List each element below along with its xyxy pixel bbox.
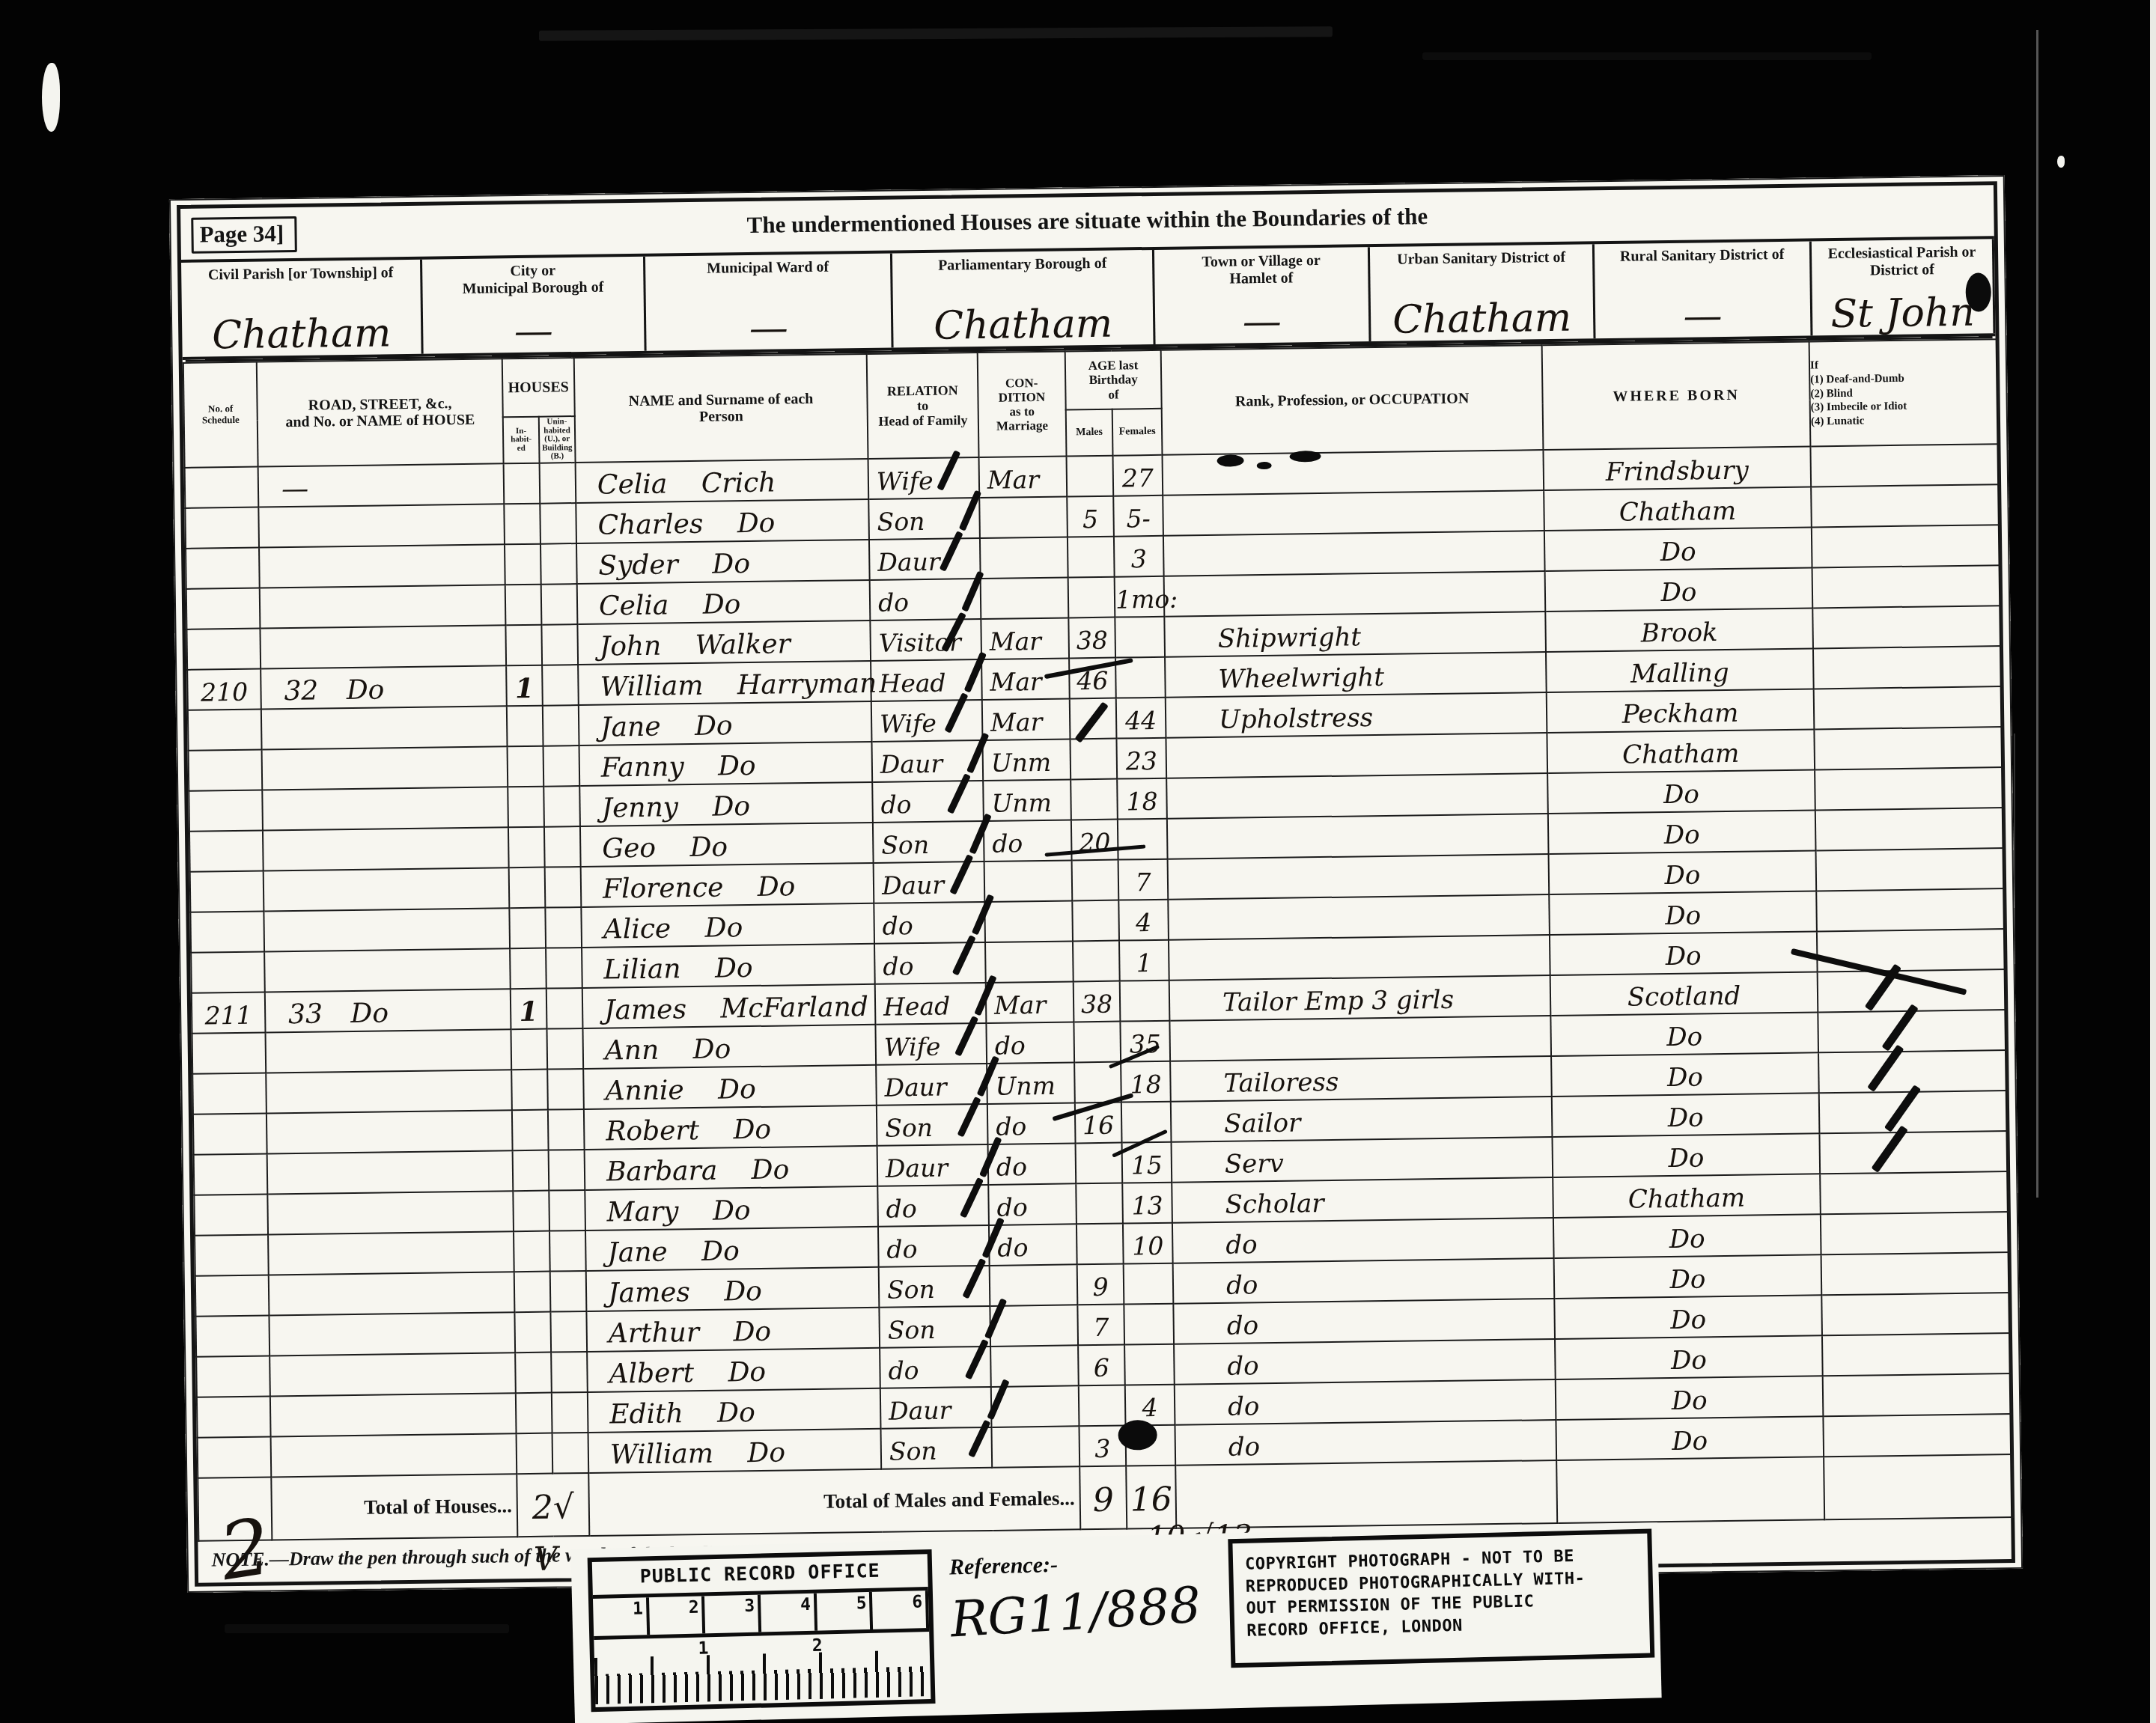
cell-infirmity xyxy=(1819,1131,2009,1174)
cell-occupation: do xyxy=(1173,1299,1555,1344)
district-cell: City or Municipal Borough of — xyxy=(422,257,647,354)
cell-occupation: Shipwright xyxy=(1164,612,1546,657)
cell-age-female xyxy=(1124,1304,1174,1345)
copyright-notice: COPYRIGHT PHOTOGRAPH - NOT TO BE REPRODU… xyxy=(1228,1528,1654,1668)
cell-age-male xyxy=(1068,577,1115,618)
cell-age-female: 4 xyxy=(1118,900,1169,941)
cell-infirmity xyxy=(1815,767,2004,810)
header-females: Females xyxy=(1112,409,1163,456)
totals-empty-infirmity xyxy=(1824,1454,2013,1519)
cell-age-female xyxy=(1121,1102,1172,1143)
cell-infirmity xyxy=(1810,444,2000,487)
cell-houses-inhabited xyxy=(515,1353,552,1394)
cell-age-male xyxy=(1068,537,1115,578)
cell-age-female xyxy=(1124,1263,1174,1305)
cell-age-female xyxy=(1115,617,1165,658)
header-inhabited: In- habit- ed xyxy=(503,417,540,464)
cell-person-name: Syder Do xyxy=(576,540,870,584)
cell-age-female: 5- xyxy=(1113,495,1163,537)
cell-age-female: 27 xyxy=(1113,455,1163,496)
cell-road-street xyxy=(263,827,509,870)
cell-condition xyxy=(984,900,1073,942)
header-relation: RELATION to Head of Family xyxy=(867,353,979,459)
cell-age-male: 7 xyxy=(1077,1305,1124,1346)
cell-relation: do xyxy=(878,1225,990,1267)
cell-infirmity xyxy=(1812,565,2002,608)
film-blemish xyxy=(2057,156,2065,168)
cell-age-female: 1 xyxy=(1119,940,1169,981)
district-handwritten-value: — xyxy=(646,308,892,350)
header-occupation: Rank, Profession, or OCCUPATION xyxy=(1161,345,1544,455)
film-edge-line xyxy=(2036,30,2038,1198)
district-label: Parliamentary Borough of xyxy=(892,254,1152,275)
cell-infirmity xyxy=(1823,1414,2012,1457)
cell-occupation xyxy=(1164,571,1546,617)
cell-houses-inhabited xyxy=(514,1272,551,1313)
cell-houses-uninhabited xyxy=(544,826,581,867)
cell-occupation xyxy=(1169,935,1550,981)
cell-occupation: do xyxy=(1174,1339,1556,1385)
cell-road-street xyxy=(258,504,505,547)
cell-road-street xyxy=(271,1433,517,1477)
cell-age-female: 18 xyxy=(1117,778,1167,820)
cell-road-street xyxy=(267,1191,514,1234)
cell-condition xyxy=(985,941,1074,983)
cell-person-name: Celia Crich xyxy=(576,459,869,503)
cell-where-born: Do xyxy=(1545,567,1813,612)
cell-relation: Daur xyxy=(869,538,981,580)
cell-age-male xyxy=(1071,779,1118,820)
cell-houses-inhabited xyxy=(504,463,540,504)
cell-houses-uninhabited xyxy=(540,503,576,544)
cell-schedule-number xyxy=(194,1195,268,1236)
cell-schedule-number xyxy=(185,507,259,549)
cell-houses-uninhabited xyxy=(541,624,578,665)
cell-road-street xyxy=(270,1393,517,1436)
header-uninhabited: Unin- habited (U.), or Building (B.) xyxy=(539,416,576,463)
cell-road-street xyxy=(268,1231,514,1275)
cell-schedule-number: 211 xyxy=(192,992,266,1034)
header-age: AGE last Birthday of xyxy=(1065,350,1162,410)
cell-infirmity xyxy=(1815,848,2005,891)
district-handwritten-value: Chatham xyxy=(893,304,1154,347)
cell-schedule-number xyxy=(194,1154,268,1195)
totals-empty-occupation xyxy=(1175,1460,1557,1528)
cell-relation: Head xyxy=(875,983,987,1025)
cell-where-born: Chatham xyxy=(1547,729,1815,773)
cell-person-name: Robert Do xyxy=(584,1106,877,1150)
cell-houses-inhabited xyxy=(511,1070,548,1111)
cell-where-born: Do xyxy=(1549,850,1817,894)
cell-person-name: Lilian Do xyxy=(582,944,875,988)
cell-person-name: Jane Do xyxy=(585,1227,879,1271)
cell-road-street: 33 Do xyxy=(265,989,511,1032)
totals-houses-label: Total of Houses... xyxy=(271,1474,517,1540)
district-cell: Town or Village or Hamlet of — xyxy=(1154,247,1371,344)
cell-occupation: Upholstress xyxy=(1166,692,1547,738)
cell-schedule-number xyxy=(192,1033,267,1074)
district-label: City or Municipal Borough of xyxy=(422,261,644,299)
cell-houses-inhabited xyxy=(509,908,546,949)
cell-condition: Mar xyxy=(986,981,1074,1023)
cell-age-male xyxy=(1079,1385,1126,1427)
scale-cell: 1 xyxy=(593,1597,650,1636)
cell-condition xyxy=(991,1426,1079,1468)
cell-occupation: do xyxy=(1172,1218,1554,1263)
cell-infirmity xyxy=(1821,1212,2010,1254)
cell-schedule-number xyxy=(186,548,260,589)
cell-age-female: 10 xyxy=(1123,1223,1173,1264)
cell-age-male xyxy=(1074,1022,1121,1063)
cell-person-name: Alice Do xyxy=(581,903,874,948)
cell-person-name: Florence Do xyxy=(581,863,874,907)
cell-road-street xyxy=(262,787,508,830)
cell-houses-uninhabited xyxy=(546,1028,583,1070)
cell-houses-uninhabited xyxy=(541,584,578,625)
cell-infirmity xyxy=(1811,484,2000,527)
cell-condition: Mar xyxy=(979,456,1068,498)
cell-schedule-number: 210 xyxy=(187,669,261,710)
cell-schedule-number xyxy=(191,952,265,993)
cell-age-male: 6 xyxy=(1078,1345,1125,1386)
scan-noise-streak xyxy=(539,26,1333,41)
cell-where-born: Do xyxy=(1552,1093,1820,1137)
cell-occupation xyxy=(1169,1016,1551,1061)
cell-person-name: Ann Do xyxy=(582,1025,876,1069)
totals-males-females-label: Total of Males and Females... xyxy=(588,1466,1080,1536)
cell-infirmity xyxy=(1816,888,2006,931)
cell-infirmity xyxy=(1822,1333,2012,1376)
cell-houses-inhabited xyxy=(513,1150,549,1192)
scale-cell: 5 xyxy=(817,1592,874,1631)
cell-houses-inhabited xyxy=(508,787,544,828)
scale-cell: 6 xyxy=(872,1591,929,1629)
district-cell: Parliamentary Borough of Chatham xyxy=(892,250,1156,348)
cell-schedule-number xyxy=(189,750,263,791)
scale-cell: 2 xyxy=(649,1596,706,1635)
cell-houses-uninhabited xyxy=(547,1069,584,1110)
cell-condition xyxy=(984,860,1073,902)
cell-schedule-number xyxy=(190,912,264,953)
cell-occupation: Sailor xyxy=(1171,1097,1553,1142)
cell-houses-uninhabited xyxy=(543,786,580,827)
header-schedule: No. of Schedule xyxy=(183,362,258,468)
district-handwritten-value: Chatham xyxy=(1371,298,1594,340)
cell-age-female: 23 xyxy=(1116,738,1166,779)
cell-houses-inhabited xyxy=(504,504,540,545)
cell-condition: do xyxy=(988,1143,1077,1185)
cell-houses-inhabited xyxy=(508,827,545,868)
cell-person-name: Annie Do xyxy=(583,1065,877,1109)
totals-males-value: 9 xyxy=(1079,1466,1127,1530)
cell-age-male xyxy=(1077,1224,1124,1265)
cell-houses-inhabited xyxy=(512,1110,549,1151)
cell-houses-uninhabited xyxy=(552,1392,588,1433)
reference-label: Reference:- xyxy=(949,1549,1212,1581)
cell-person-name: John Walker xyxy=(577,620,871,665)
cell-relation: Daur xyxy=(880,1387,992,1429)
cell-schedule-number xyxy=(195,1275,269,1317)
cell-schedule-number xyxy=(186,588,261,629)
cell-person-name: Barbara Do xyxy=(585,1146,878,1190)
cell-where-born: Scotland xyxy=(1550,972,1818,1016)
district-handwritten-value: — xyxy=(423,311,645,353)
cell-person-name: Fanny Do xyxy=(579,742,873,786)
header-condition: CON- DITION as to Marriage xyxy=(978,351,1067,457)
cell-houses-inhabited xyxy=(505,544,541,585)
district-label: Civil Parish [or Township] of xyxy=(181,264,420,284)
cell-age-female: 13 xyxy=(1122,1183,1172,1224)
cell-schedule-number xyxy=(188,710,262,751)
cell-condition: Mar xyxy=(982,698,1071,740)
cell-age-male: 9 xyxy=(1077,1264,1124,1305)
cell-where-born: Do xyxy=(1552,1133,1820,1177)
cell-houses-uninhabited xyxy=(549,1190,585,1231)
cell-infirmity xyxy=(1820,1171,2009,1214)
cell-age-male: 38 xyxy=(1074,981,1121,1022)
cell-occupation: Tailoress xyxy=(1170,1056,1552,1102)
cell-houses-inhabited xyxy=(516,1393,552,1434)
cell-where-born: Do xyxy=(1556,1376,1824,1420)
cell-where-born: Do xyxy=(1556,1416,1824,1460)
cell-where-born: Do xyxy=(1554,1254,1822,1299)
cell-schedule-number xyxy=(193,1114,267,1155)
cell-houses-inhabited xyxy=(511,1029,547,1070)
district-handwritten-value: Chatham xyxy=(182,314,421,356)
cell-houses-uninhabited xyxy=(540,543,577,585)
pro-scale-cells: 1 2 3 4 5 6 xyxy=(593,1587,929,1640)
cell-person-name: William Do xyxy=(588,1429,882,1473)
cell-occupation xyxy=(1163,490,1544,536)
cell-occupation: Serv xyxy=(1172,1137,1553,1183)
cell-road-street xyxy=(261,706,508,749)
cell-condition xyxy=(979,496,1068,538)
cell-condition: Mar xyxy=(981,658,1070,700)
cell-schedule-number xyxy=(189,790,263,832)
cell-schedule-number xyxy=(185,467,259,508)
cell-age-male xyxy=(1076,1143,1123,1184)
cell-houses-inhabited xyxy=(513,1191,549,1232)
cell-age-male: 38 xyxy=(1068,617,1115,659)
cell-occupation xyxy=(1168,894,1550,940)
cell-where-born: Do xyxy=(1551,1052,1819,1097)
cell-houses-uninhabited xyxy=(545,867,582,908)
cell-road-street: — xyxy=(258,463,505,507)
cell-occupation xyxy=(1167,814,1549,859)
cell-houses-uninhabited xyxy=(548,1109,585,1150)
cell-houses-uninhabited xyxy=(546,988,583,1029)
cell-schedule-number xyxy=(186,629,261,670)
cell-person-name: Geo Do xyxy=(580,823,874,867)
cell-infirmity xyxy=(1815,808,2005,850)
scale-cell: 3 xyxy=(704,1595,761,1634)
cell-road-street xyxy=(264,908,510,951)
district-label: Municipal Ward of xyxy=(645,258,890,278)
district-cell: Municipal Ward of — xyxy=(645,253,894,350)
cell-person-name: Jane Do xyxy=(579,701,872,745)
cell-condition: Unm xyxy=(987,1062,1075,1104)
cell-person-name: Albert Do xyxy=(587,1348,880,1392)
cell-houses-inhabited xyxy=(514,1231,550,1272)
cell-condition: Unm xyxy=(983,779,1071,821)
cell-houses-uninhabited xyxy=(546,948,582,989)
cell-schedule-number xyxy=(198,1436,272,1477)
cell-age-female xyxy=(1124,1344,1175,1385)
cell-road-street xyxy=(260,585,506,628)
cell-age-female xyxy=(1120,981,1170,1022)
header-houses: HOUSES xyxy=(502,358,575,417)
cell-person-name: James McFarland xyxy=(582,984,876,1028)
cell-age-male xyxy=(1076,1183,1123,1225)
cell-road-street xyxy=(267,1110,513,1153)
cell-houses-uninhabited xyxy=(551,1352,588,1393)
cell-relation: Daur xyxy=(877,1144,989,1186)
cell-relation: Wife xyxy=(868,457,980,499)
cell-age-female: 1mo: xyxy=(1115,576,1165,617)
cell-road-street xyxy=(262,746,508,790)
cell-occupation xyxy=(1166,733,1547,778)
cell-road-street xyxy=(266,1029,512,1073)
cell-person-name: William Harryman xyxy=(578,661,871,705)
cell-schedule-number xyxy=(189,831,264,872)
cell-where-born: Chatham xyxy=(1553,1174,1821,1218)
cell-road-street xyxy=(269,1312,515,1355)
page-title: The undermentioned Houses are situate wi… xyxy=(180,195,1994,246)
cell-houses-inhabited xyxy=(509,867,546,909)
cell-where-born: Do xyxy=(1547,769,1815,814)
cell-relation: Wife xyxy=(871,700,983,742)
district-label: Rural Sanitary District of xyxy=(1595,246,1809,266)
cell-occupation: Scholar xyxy=(1172,1177,1553,1223)
cell-condition: do xyxy=(989,1224,1077,1266)
cell-age-male xyxy=(1067,456,1114,497)
cell-where-born: Brook xyxy=(1545,608,1813,652)
cell-schedule-number xyxy=(196,1356,270,1397)
pro-stamp: PUBLIC RECORD OFFICE 1 2 3 4 5 6 1 2 xyxy=(570,1522,1661,1723)
cell-infirmity xyxy=(1812,525,2001,567)
scan-noise-streak xyxy=(225,1624,509,1633)
cell-where-born: Do xyxy=(1553,1214,1821,1258)
cell-houses-inhabited xyxy=(507,706,543,747)
cell-houses-uninhabited xyxy=(550,1311,587,1353)
scan-noise-streak xyxy=(1422,52,1872,60)
cell-road-street xyxy=(264,948,511,992)
reference-area: Reference:- RG11/888 xyxy=(949,1549,1213,1644)
district-cell: Rural Sanitary District of — xyxy=(1595,241,1813,338)
cell-road-street xyxy=(269,1272,515,1315)
cell-where-born: Do xyxy=(1548,810,1816,854)
cell-infirmity xyxy=(1814,686,2003,729)
handwritten-check-mark: V xyxy=(533,1540,557,1578)
cell-houses-uninhabited xyxy=(540,463,576,504)
cell-where-born: Chatham xyxy=(1544,487,1812,531)
header-name: NAME and Surname of each Person xyxy=(574,354,868,463)
cell-person-name: Edith Do xyxy=(588,1388,881,1433)
header-infirmity: If (1) Deaf-and-Dumb (2) Blind (3) Imbec… xyxy=(1809,339,2000,446)
totals-houses-value: 2√ xyxy=(517,1473,589,1537)
census-page-frame: Page 34] The undermentioned Houses are s… xyxy=(177,181,2015,1587)
cell-where-born: Do xyxy=(1550,931,1818,975)
cell-relation: Daur xyxy=(876,1064,987,1106)
cell-occupation: do xyxy=(1173,1258,1555,1304)
cell-condition: do xyxy=(986,1022,1074,1064)
cell-infirmity xyxy=(1814,727,2003,769)
film-blemish xyxy=(42,63,60,132)
cell-occupation xyxy=(1166,773,1548,819)
cell-houses-inhabited: 1 xyxy=(511,989,547,1030)
enumeration-table: No. of Schedule ROAD, STREET, &c., and N… xyxy=(183,338,2014,1542)
header-where-born: WHERE BORN xyxy=(1542,341,1811,450)
cell-schedule-number xyxy=(195,1316,269,1357)
cell-road-street xyxy=(259,544,505,588)
reference-number: RG11/888 xyxy=(949,1576,1214,1649)
cell-houses-inhabited xyxy=(517,1433,553,1475)
cell-age-female: 44 xyxy=(1116,698,1166,739)
header-males: Males xyxy=(1066,409,1113,457)
cell-houses-uninhabited xyxy=(549,1231,586,1272)
cell-where-born: Do xyxy=(1549,891,1817,935)
district-label: Ecclesiastical Parish or District of xyxy=(1812,243,1993,280)
pro-ruler: 1 2 xyxy=(594,1632,931,1709)
cell-infirmity xyxy=(1821,1252,2011,1295)
cell-age-male xyxy=(1072,900,1119,942)
cell-houses-uninhabited xyxy=(549,1150,585,1191)
cell-houses-inhabited: 1 xyxy=(506,665,543,707)
cell-person-name: Celia Do xyxy=(577,580,871,624)
totals-empty-born xyxy=(1556,1457,1824,1523)
cell-person-name: Charles Do xyxy=(576,499,869,543)
cell-relation: do xyxy=(872,781,984,823)
cell-houses-inhabited xyxy=(508,746,544,787)
cell-road-street xyxy=(264,867,510,911)
cell-infirmity xyxy=(1821,1293,2011,1335)
cell-relation: Son xyxy=(879,1306,990,1348)
cell-road-street xyxy=(267,1150,514,1194)
cell-age-female: 35 xyxy=(1120,1021,1170,1062)
district-label: Town or Village or Hamlet of xyxy=(1154,251,1368,289)
scale-cell: 4 xyxy=(761,1594,817,1632)
cell-age-male xyxy=(1074,1062,1121,1103)
cell-condition xyxy=(980,537,1068,579)
cell-occupation: Tailor Emp 3 girls xyxy=(1169,975,1551,1021)
cell-person-name: James Do xyxy=(586,1267,880,1311)
cell-where-born: Malling xyxy=(1546,648,1814,692)
cell-road-street xyxy=(266,1070,512,1113)
cell-infirmity xyxy=(1813,646,2003,689)
district-handwritten-value: — xyxy=(1595,295,1811,337)
cell-where-born: Do xyxy=(1554,1295,1822,1339)
cell-relation: Visitor xyxy=(870,619,981,661)
ruler-tick-marks-tall xyxy=(594,1650,931,1704)
ink-blot xyxy=(1965,272,1991,311)
cell-road-street xyxy=(269,1353,516,1396)
cell-occupation xyxy=(1168,854,1550,900)
cell-occupation: do xyxy=(1175,1379,1556,1425)
film-edge-strip xyxy=(2150,0,2156,1723)
cell-condition xyxy=(990,1305,1078,1347)
cell-condition: Mar xyxy=(981,617,1069,659)
cell-age-female: 4 xyxy=(1125,1385,1175,1426)
cell-person-name: Jenny Do xyxy=(579,782,873,826)
cell-age-male: 20 xyxy=(1071,820,1118,861)
cell-person-name: Mary Do xyxy=(585,1186,878,1231)
district-label: Urban Sanitary District of xyxy=(1370,248,1592,269)
cell-age-female: 7 xyxy=(1118,859,1169,900)
cell-where-born: Do xyxy=(1550,1012,1818,1056)
cell-infirmity xyxy=(1812,606,2002,648)
cell-age-male xyxy=(1073,941,1120,982)
cell-where-born: Do xyxy=(1555,1335,1823,1379)
